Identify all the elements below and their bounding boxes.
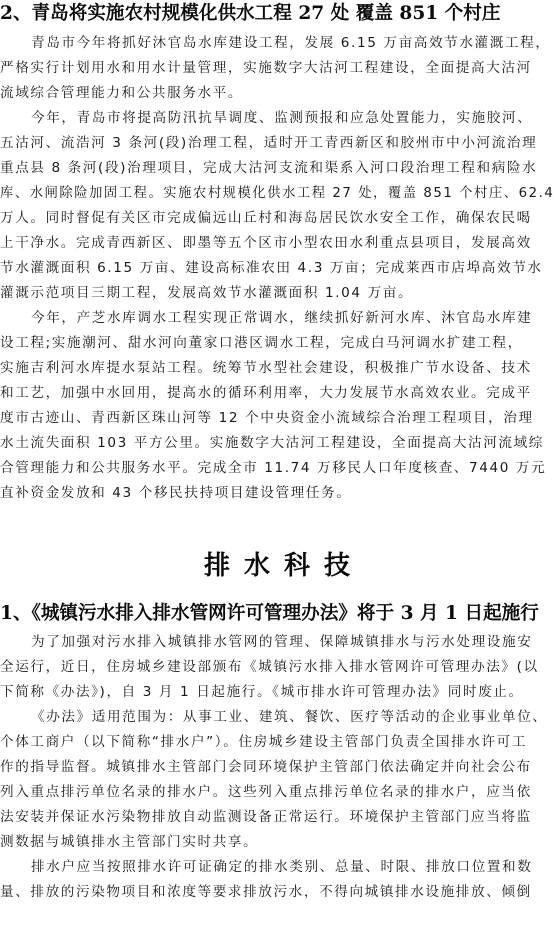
article-2-paragraph-3: 排水户应当按照排水许可证确定的排水类别、总量、时限、排放口位置和数 量、排放的污… — [0, 855, 554, 905]
text-line: 今年，产芝水库调水工程实现正常调水，继续抓好新河水库、沐官岛水库建 — [0, 306, 554, 331]
text-line: 严格实行计划用水和用水计量管理，实施数字大沽河工程建设，全面提高大沽河 — [0, 56, 554, 81]
text-line: 库、水闸除险加固工程。实施农村规模化供水工程 27 处，覆盖 851 个村庄、6… — [0, 181, 541, 206]
text-line: 全运行，近日，住房城乡建设部颁布《城镇污水排入排水管网许可管理办法》(以 — [0, 655, 554, 680]
text-line: 列入重点排污单位名录的排水户。这些列入重点排污单位名录的排水户，应当依 — [0, 780, 554, 805]
text-line: 重点县 8 条河(段)治理项目，完成大沽河支流和渠系入河口段治理工程和病险水 — [0, 156, 554, 181]
text-line: 直补资金发放和 43 个移民扶持项目建设管理任务。 — [0, 481, 554, 506]
text-line: 度市古迹山、青西新区珠山河等 12 个中央资金小流域综合治理工程项目，治理 — [0, 406, 554, 431]
text-line: 为了加强对污水排入城镇排水管网的管理、保障城镇排水与污水处理设施安 — [0, 630, 554, 655]
article-1-paragraph-2: 今年，青岛市将提高防汛抗旱调度、监测预报和应急处置能力，实施胶河、 五沽河、流浩… — [0, 106, 554, 306]
text-line: 节水灌溉面积 6.15 万亩、建设高标准农田 4.3 万亩；完成莱西市店埠高效节… — [0, 256, 554, 281]
text-line: 设工程;实施潮河、甜水河向董家口港区调水工程，完成白马河调水扩建工程， — [0, 331, 554, 356]
text-line: 排水户应当按照排水许可证确定的排水类别、总量、时限、排放口位置和数 — [0, 855, 554, 880]
text-line: 上干净水。完成青西新区、即墨等五个区市小型农田水利重点县项目，发展高效 — [0, 231, 554, 256]
article-2-title: 1、《城镇污水排入排水管网许可管理办法》将于 3 月 1 日起施行 — [0, 602, 539, 626]
article-1-title: 2、青岛将实施农村规模化供水工程 27 处 覆盖 851 个村庄 — [0, 2, 500, 26]
article-2-paragraph-2: 《办法》适用范围为：从事工业、建筑、餐饮、医疗等活动的企业事业单位、 个体工商户… — [0, 705, 554, 855]
text-line: 测数据与城镇排水主管部门实时共享。 — [0, 830, 554, 855]
text-line: 量、排放的污染物项目和浓度等要求排放污水，不得向城镇排水设施排放、倾倒 — [0, 880, 554, 905]
text-line: 和工艺，加强中水回用，提高水的循环利用率，大力发展节水高效农业。完成平 — [0, 381, 554, 406]
text-line: 万人。同时督促有关区市完成偏远山丘村和海岛居民饮水安全工作，确保农民喝 — [0, 206, 554, 231]
article-1-paragraph-1: 青岛市今年将抓好沐官岛水库建设工程，发展 6.15 万亩高效节水灌溉工程， 严格… — [0, 31, 554, 106]
section-title: 排水科技 — [0, 550, 554, 582]
document-page: 2、青岛将实施农村规模化供水工程 27 处 覆盖 851 个村庄 青岛市今年将抓… — [0, 0, 554, 932]
text-line: 法安装并保证水污染物排放自动监测设备正常运行。环境保护主管部门应当将监 — [0, 805, 554, 830]
text-line: 流域综合管理能力和公共服务水平。 — [0, 81, 554, 106]
text-line: 个体工商户（以下简称“排水户”）。住房城乡建设主管部门负责全国排水许可工 — [0, 730, 554, 755]
article-2-paragraph-1: 为了加强对污水排入城镇排水管网的管理、保障城镇排水与污水处理设施安 全运行，近日… — [0, 630, 554, 705]
text-line: 水土流失面积 103 平方公里。实施数字大沽河工程建设，全面提高大沽河流域综 — [0, 431, 554, 456]
text-line: 灌溉示范项目三期工程，发展高效节水灌溉面积 1.04 万亩。 — [0, 281, 554, 306]
text-line: 合管理能力和公共服务水平。完成全市 11.74 万移民人口年度核查、7440 万… — [0, 456, 554, 481]
text-line: 作的指导监督。城镇排水主管部门会同环境保护主管部门依法确定并向社会公布 — [0, 755, 554, 780]
text-line: 实施吉利河水库提水泵站工程。统筹节水型社会建设，积极推广节水设备、技术 — [0, 356, 554, 381]
text-line: 青岛市今年将抓好沐官岛水库建设工程，发展 6.15 万亩高效节水灌溉工程， — [0, 31, 554, 56]
text-line: 下简称《办法》)，自 3 月 1 日起施行。《城市排水许可管理办法》同时废止。 — [0, 680, 554, 705]
text-line: 《办法》适用范围为：从事工业、建筑、餐饮、医疗等活动的企业事业单位、 — [0, 705, 554, 730]
article-1-paragraph-3: 今年，产芝水库调水工程实现正常调水，继续抓好新河水库、沐官岛水库建 设工程;实施… — [0, 306, 554, 506]
text-line: 五沽河、流浩河 3 条河(段)治理工程，适时开工青西新区和胶州市中小河流治理 — [0, 131, 554, 156]
text-line: 今年，青岛市将提高防汛抗旱调度、监测预报和应急处置能力，实施胶河、 — [0, 106, 554, 131]
